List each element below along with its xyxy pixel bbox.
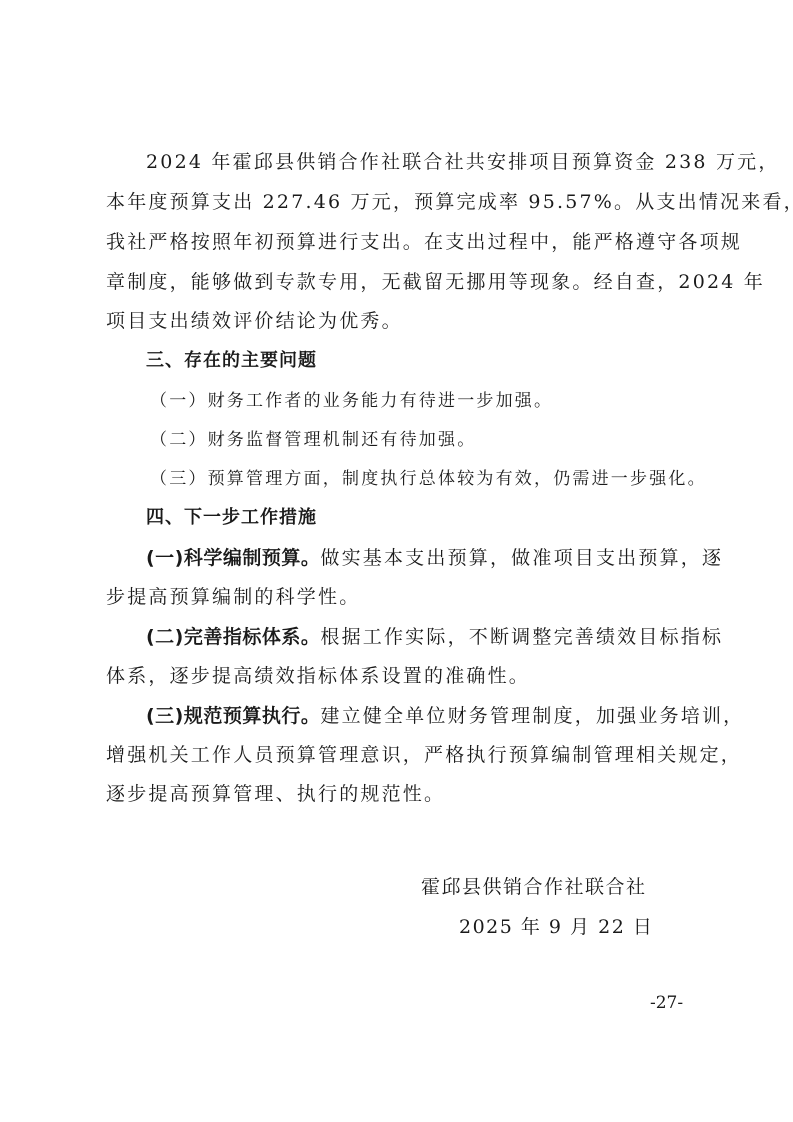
text-line: 逐步提高预算管理、执行的规范性。 xyxy=(106,782,696,806)
measure-text: 根据工作实际，不断调整完善绩效目标指标 xyxy=(320,626,723,648)
text-line: 项目支出绩效评价结论为优秀。 xyxy=(106,309,696,333)
text-line: 我社严格按照年初预算进行支出。在支出过程中，能严格遵守各项规 xyxy=(106,230,696,254)
section-heading: 四、下一步工作措施 xyxy=(146,506,736,530)
problem-item: （一）财务工作者的业务能力有待进一步加强。 xyxy=(150,389,740,413)
text-line: 步提高预算编制的科学性。 xyxy=(106,585,696,609)
text-line: 本年度预算支出 227.46 万元，预算完成率 95.57%。从支出情况来看， xyxy=(106,190,696,214)
measure-item: (一)科学编制预算。做实基本支出预算，做准项目支出预算，逐 xyxy=(146,546,736,570)
text-line: 增强机关工作人员预算管理意识，严格执行预算编制管理相关规定， xyxy=(106,743,696,767)
measure-title: (三)规范预算执行。 xyxy=(146,705,320,727)
measure-item: (二)完善指标体系。根据工作实际，不断调整完善绩效目标指标 xyxy=(146,625,736,649)
signature-date: 2025 年 9 月 22 日 xyxy=(459,912,653,939)
problem-item: （二）财务监督管理机制还有待加强。 xyxy=(150,428,740,452)
signature-organization: 霍邱县供销合作社联合社 xyxy=(421,872,647,899)
text-line: 2024 年霍邱县供销合作社联合社共安排项目预算资金 238 万元， xyxy=(146,150,736,174)
problem-item: （三）预算管理方面，制度执行总体较为有效，仍需进一步强化。 xyxy=(150,467,740,491)
section-heading: 三、存在的主要问题 xyxy=(146,349,736,373)
measure-item: (三)规范预算执行。建立健全单位财务管理制度，加强业务培训， xyxy=(146,704,736,728)
measure-title: (二)完善指标体系。 xyxy=(146,626,320,648)
page-number: -27- xyxy=(650,993,683,1013)
text-line: 章制度，能够做到专款专用，无截留无挪用等现象。经自查，2024 年 xyxy=(106,270,696,294)
measure-title: (一)科学编制预算。 xyxy=(146,547,320,569)
measure-text: 建立健全单位财务管理制度，加强业务培训， xyxy=(320,705,744,727)
measure-text: 做实基本支出预算，做准项目支出预算，逐 xyxy=(320,547,723,569)
document-page: 2024 年霍邱县供销合作社联合社共安排项目预算资金 238 万元， 本年度预算… xyxy=(0,0,793,1122)
text-line: 体系，逐步提高绩效指标体系设置的准确性。 xyxy=(106,664,696,688)
